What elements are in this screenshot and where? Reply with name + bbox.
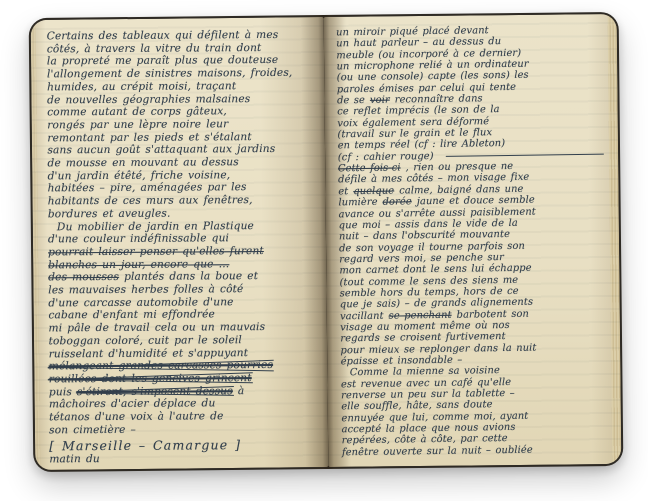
handwritten-text: les mauvaises herbes folles à côté xyxy=(48,283,243,297)
handwritten-text: mâchoires d'acier déplace du xyxy=(49,398,216,412)
handwritten-text: bordures et aveugles. xyxy=(48,207,171,220)
handwritten-text: l'allongement de sinistres maisons, froi… xyxy=(47,67,293,81)
right-page-handwriting: un miroir piqué placé devantun haut parl… xyxy=(324,14,622,467)
handwritten-text: humides, au crépit moisi, traçant xyxy=(47,80,236,94)
handwritten-text: de se xyxy=(337,95,365,107)
handwritten-text: de mousse en mouvant au dessus xyxy=(47,156,238,170)
manuscript-line: son cimetière – xyxy=(49,422,319,436)
handwritten-text: habitants de ces murs aux fenêtres, xyxy=(48,194,253,208)
manuscript-line: matin du xyxy=(49,452,319,466)
handwritten-text: matin du xyxy=(49,453,100,466)
crossed-out-text: dorée xyxy=(383,196,412,208)
handwritten-text: fenêtre ouverte sur la nuit – oubliée xyxy=(342,444,533,458)
handwritten-text: cabane d'enfant mi effondrée xyxy=(48,309,215,323)
manuscript-line: [ Marseille – Camargue ] xyxy=(49,438,319,452)
handwritten-text: tétanos d'une voix à l'autre de xyxy=(49,410,224,424)
manuscript-line: Certains des tableaux qui défilent à mes xyxy=(47,29,317,43)
crossed-out-text: quelque xyxy=(353,185,394,197)
crossed-out-text: se penchant xyxy=(389,309,452,321)
handwritten-text: vacillant xyxy=(340,310,384,322)
crossed-out-text: pourrait laisser penser qu'elles furent xyxy=(48,245,264,259)
handwritten-text: son cimetière – xyxy=(49,424,136,437)
handwritten-text: lumière xyxy=(338,197,377,209)
manuscript-line: l'allongement de sinistres maisons, froi… xyxy=(47,67,317,81)
handwritten-text: toboggan coloré, cuit par le soleil xyxy=(49,334,242,348)
handwritten-text: puis xyxy=(49,386,72,399)
handwritten-text: comme autant de corps gâteux, xyxy=(47,105,227,119)
handwritten-text: sans aucun goût s'attaquant aux jardins xyxy=(47,143,275,157)
handwritten-text: d'une couleur indéfinissable qui xyxy=(48,232,229,246)
crossed-out-text: des mousses xyxy=(48,271,119,284)
left-page: Certains des tableaux qui défilent à mes… xyxy=(31,17,329,470)
crossed-out-text: rouillées dont les gencives grincent xyxy=(49,372,252,386)
crossed-out-text: voir xyxy=(370,95,390,107)
crossed-out-text: s'étirent, s'imposent dessus xyxy=(77,385,233,399)
handwritten-text: rongés par une lèpre noire leur xyxy=(47,118,228,132)
handwritten-text: à xyxy=(238,385,245,398)
photo-canvas: Certains des tableaux qui défilent à mes… xyxy=(0,0,648,501)
manuscript-line: fenêtre ouverte sur la nuit – oubliée xyxy=(342,443,608,458)
handwritten-text: barbotent son xyxy=(457,308,530,320)
right-page: un miroir piqué placé devantun haut parl… xyxy=(324,14,622,467)
handwritten-text: et xyxy=(338,186,348,197)
notebook-spread: Certains des tableaux qui défilent à mes… xyxy=(29,12,624,472)
handwritten-text: [ Marseille – Camargue ] xyxy=(49,439,241,453)
left-page-handwriting: Certains des tableaux qui défilent à mes… xyxy=(32,18,328,470)
handwritten-text: plantés dans la boue et xyxy=(124,270,258,284)
